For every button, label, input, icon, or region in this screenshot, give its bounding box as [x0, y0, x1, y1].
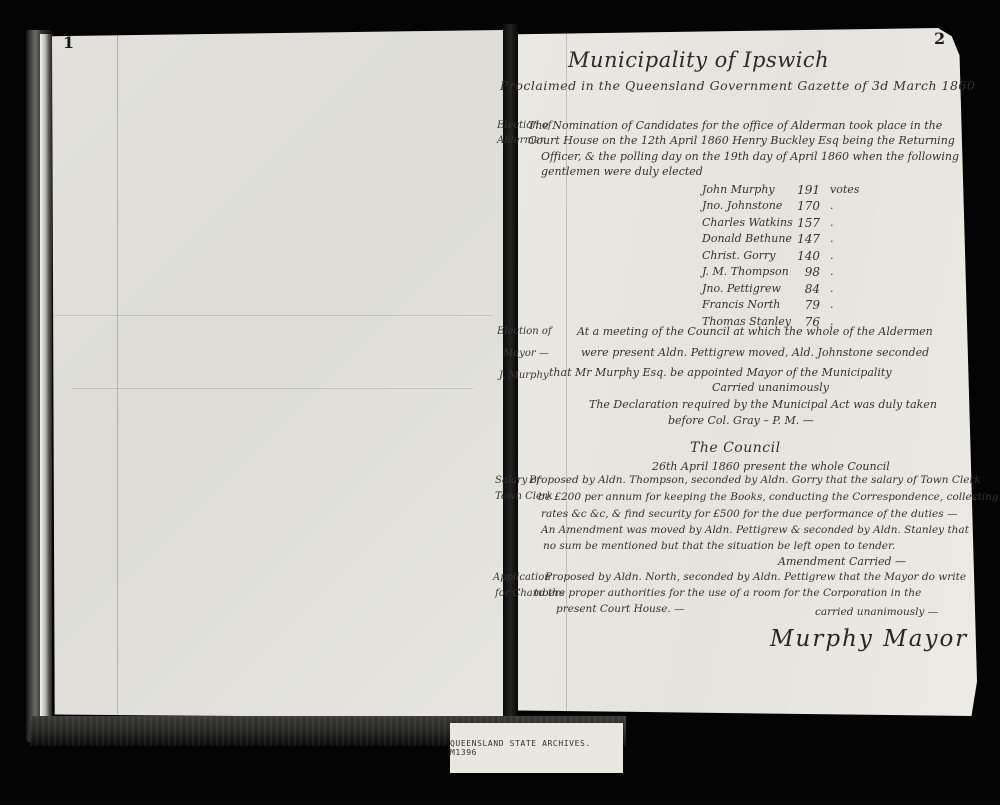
- minute-line: present Court House. —: [556, 604, 685, 615]
- poll-name: Donald Bethune: [702, 233, 792, 244]
- council-heading: The Council: [690, 441, 781, 455]
- carried-note: Carried unanimously: [712, 382, 829, 393]
- poll-votes: 140: [788, 250, 820, 262]
- poll-votes: 147: [788, 233, 820, 245]
- minute-line: gentlemen were duly elected: [541, 166, 703, 177]
- poll-row: Donald Bethune 147 .: [702, 233, 862, 247]
- proclamation-line: Proclaimed in the Queensland Government …: [500, 80, 975, 93]
- minute-line: An Amendment was moved by Aldn. Pettigre…: [541, 525, 969, 536]
- poll-name: Francis North: [702, 299, 780, 310]
- minute-line: before Col. Gray – P. M. —: [668, 415, 814, 426]
- poll-name: Christ. Gorry: [702, 250, 775, 261]
- poll-name: John Murphy: [702, 184, 775, 195]
- poll-row: John Murphy 191 votes: [702, 184, 862, 198]
- poll-votes: 98: [788, 266, 820, 278]
- minute-line: The Declaration required by the Municipa…: [589, 399, 937, 410]
- archive-photo: 1 2 Municipality of Ipswich Proclaimed i…: [0, 0, 1000, 805]
- minute-line: to the proper authorities for the use of…: [534, 588, 921, 599]
- poll-name: Charles Watkins: [702, 217, 793, 228]
- poll-suffix: .: [830, 266, 834, 277]
- carried-note: Amendment Carried —: [778, 556, 906, 567]
- election-mayor-margin-note: J. Murphy: [499, 371, 549, 381]
- poll-votes: 170: [788, 200, 820, 212]
- poll-votes: 79: [788, 299, 820, 311]
- poll-suffix: .: [830, 283, 834, 294]
- poll-votes: 157: [788, 217, 820, 229]
- minute-line: Officer, & the polling day on the 19th d…: [541, 151, 959, 162]
- poll-suffix: .: [830, 299, 834, 310]
- poll-name: Jno. Johnstone: [702, 200, 782, 211]
- application-margin-note: Application: [493, 573, 551, 583]
- page-number-stamp-left: 1: [63, 33, 74, 52]
- poll-row: Francis North 79 .: [702, 299, 862, 313]
- minutes-title: Municipality of Ipswich: [568, 50, 829, 71]
- poll-votes: 84: [788, 283, 820, 295]
- mayor-signature: Murphy Mayor: [770, 628, 968, 651]
- minute-line: Proposed by Aldn. North, seconded by Ald…: [545, 572, 966, 583]
- minute-line: At a meeting of the Council at which the…: [577, 326, 933, 337]
- archive-label: QUEENSLAND STATE ARCHIVES. M1396: [450, 723, 623, 773]
- archive-label-text: QUEENSLAND STATE ARCHIVES. M1396: [450, 739, 623, 757]
- minute-line: that Mr Murphy Esq. be appointed Mayor o…: [549, 367, 892, 378]
- minute-line: Court House on the 12th April 1860 Henry…: [528, 135, 955, 146]
- minute-line: rates &c &c, & find security for £500 fo…: [541, 509, 957, 520]
- page-scratch: [72, 388, 473, 389]
- page-scratch: [54, 315, 493, 316]
- poll-suffix: .: [830, 233, 834, 244]
- minute-line: were present Aldn. Pettigrew moved, Ald.…: [581, 347, 929, 358]
- minute-line: The Nomination of Candidates for the off…: [528, 120, 942, 131]
- poll-row: Charles Watkins 157 .: [702, 217, 862, 231]
- minute-line: Proposed by Aldn. Thompson, seconded by …: [529, 475, 981, 486]
- page-stack-edge: [40, 34, 52, 740]
- poll-suffix: .: [830, 217, 834, 228]
- election-mayor-margin-note: Election of: [497, 327, 552, 337]
- poll-row: Christ. Gorry 140 .: [702, 250, 862, 264]
- election-mayor-margin-note: Mayor —: [503, 349, 549, 359]
- poll-suffix: votes: [830, 184, 859, 195]
- minute-line: be £200 per annum for keeping the Books,…: [538, 492, 999, 503]
- minute-line: no sum be mentioned but that the situati…: [543, 541, 895, 552]
- poll-row: Jno. Pettigrew 84 .: [702, 283, 862, 297]
- book-gutter: [503, 24, 518, 746]
- left-page-margin-rule: [117, 30, 118, 714]
- poll-votes: 191: [788, 184, 820, 196]
- page-number-stamp-right: 2: [934, 29, 945, 48]
- poll-suffix: .: [830, 250, 834, 261]
- poll-row: Jno. Johnstone 170 .: [702, 200, 862, 214]
- poll-name: J. M. Thompson: [702, 266, 789, 277]
- council-date-line: 26th April 1860 present the whole Counci…: [652, 461, 890, 472]
- poll-name: Jno. Pettigrew: [702, 283, 781, 294]
- left-page: 1: [52, 30, 503, 718]
- carried-note: carried unanimously —: [815, 607, 938, 618]
- poll-row: J. M. Thompson 98 .: [702, 266, 862, 280]
- poll-suffix: .: [830, 200, 834, 211]
